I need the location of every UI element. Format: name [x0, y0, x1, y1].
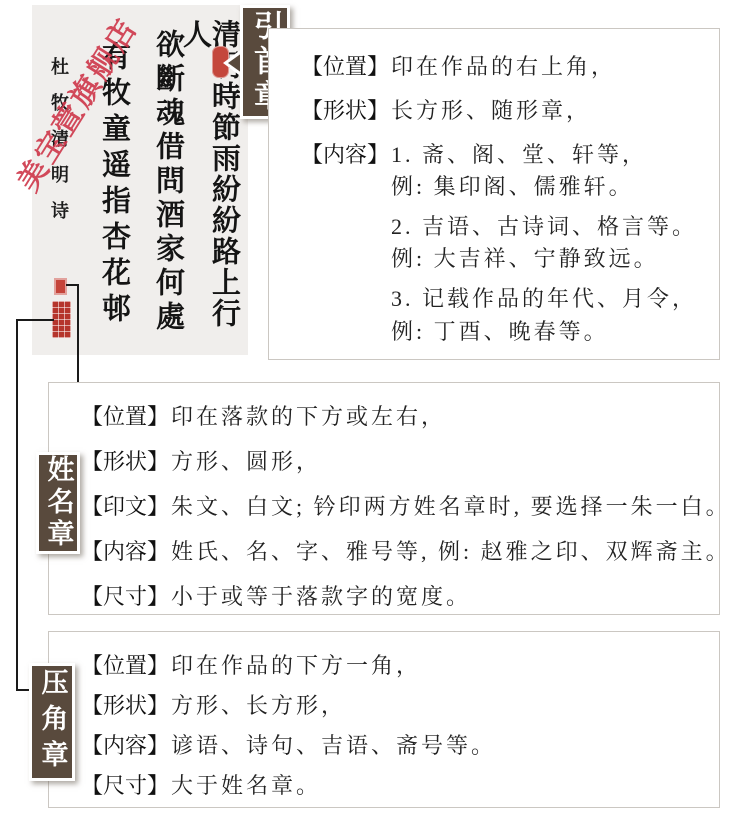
info-row: 3. 记载作品的年代、月令，: [301, 287, 719, 311]
row-tag: 【尺寸】: [81, 774, 171, 798]
calligraphy-artwork: 清明時節雨紛紛路上行人 欲斷魂借問酒家何處 有牧童遥指杏花邨 杜牧清明诗: [32, 5, 248, 355]
row-tag: 【位置】: [81, 405, 171, 429]
row-text: 小于或等于落款字的宽度。: [171, 584, 471, 609]
info-row: 【尺寸】大于姓名章。: [81, 774, 719, 798]
info-box-xingmingzhang: 【位置】印在落款的下方或左右， 【形状】方形、圆形， 【印文】朱文、白文; 钤印…: [48, 382, 720, 615]
info-row: 【内容】谚语、诗句、吉语、斋号等。: [81, 734, 719, 758]
info-row: 【内容】姓氏、名、字、雅号等, 例: 赵雅之印、双辉斋主。: [81, 540, 719, 564]
row-text: 长方形、随形章，: [391, 98, 591, 123]
row-text: 谚语、诗句、吉语、斋号等。: [171, 733, 496, 758]
info-row: 【尺寸】小于或等于落款字的宽度。: [81, 585, 719, 609]
row-text: 例: 大吉祥、宁静致远。: [391, 246, 659, 271]
row-text: 方形、长方形，: [171, 693, 346, 718]
row-text: 印在作品的下方一角，: [171, 653, 421, 678]
info-row: 例: 丁酉、晚春等。: [301, 320, 719, 344]
row-text: 方形、圆形，: [171, 449, 321, 474]
info-box-yinshouzhang: 【位置】印在作品的右上角， 【形状】长方形、随形章， 【内容】1. 斋、阁、堂、…: [268, 28, 720, 360]
info-row: 【形状】方形、长方形，: [81, 694, 719, 718]
info-row: 例: 大吉祥、宁静致远。: [301, 247, 719, 271]
seal-infographic: 清明時節雨紛紛路上行人 欲斷魂借問酒家何處 有牧童遥指杏花邨 杜牧清明诗 美宝萱…: [0, 0, 750, 818]
corner-seal: [52, 301, 71, 338]
row-text: 例: 丁酉、晚春等。: [391, 319, 609, 344]
info-box-yajiaozhang: 【位置】印在作品的下方一角， 【形状】方形、长方形， 【内容】谚语、诗句、吉语、…: [48, 631, 720, 808]
row-text: 印在落款的下方或左右，: [171, 404, 446, 429]
connector-corner-seal-v: [16, 319, 18, 691]
row-text: 2. 吉语、古诗词、格言等。: [391, 214, 697, 239]
row-tag: 【尺寸】: [81, 585, 171, 609]
row-text: 姓氏、名、字、雅号等, 例: 赵雅之印、双辉斋主。: [171, 539, 731, 564]
row-tag: 【形状】: [81, 450, 171, 474]
row-tag: 【印文】: [81, 495, 171, 519]
row-tag: 【形状】: [301, 99, 391, 123]
row-text: 朱文、白文; 钤印两方姓名章时, 要选择一朱一白。: [171, 494, 731, 519]
info-row: 【形状】方形、圆形，: [81, 450, 719, 474]
connector-name-seal-v: [77, 284, 79, 383]
row-text: 3. 记载作品的年代、月令，: [391, 286, 697, 311]
row-tag: 【内容】: [81, 540, 171, 564]
info-row: 【印文】朱文、白文; 钤印两方姓名章时, 要选择一朱一白。: [81, 495, 719, 519]
row-tag: 【内容】: [81, 734, 171, 758]
connector-corner-seal-h1: [16, 319, 54, 321]
row-tag: 【位置】: [301, 55, 391, 79]
row-tag: 【位置】: [81, 654, 171, 678]
info-row: 【位置】印在落款的下方或左右，: [81, 405, 719, 429]
label-xingmingzhang: 姓名章: [36, 452, 80, 554]
label-yajiaozhang: 压角章: [29, 663, 75, 781]
info-row: 【内容】1. 斋、阁、堂、轩等，: [301, 143, 719, 167]
info-row: 【位置】印在作品的右上角，: [301, 55, 719, 79]
info-row: 【位置】印在作品的下方一角，: [81, 654, 719, 678]
row-tag: 【内容】: [301, 143, 391, 167]
name-seal: [54, 278, 67, 295]
info-row: 【形状】长方形、随形章，: [301, 99, 719, 123]
row-text: 1. 斋、阁、堂、轩等，: [391, 142, 647, 167]
row-text: 印在作品的右上角，: [391, 54, 616, 79]
connector-corner-seal-h2: [16, 689, 30, 691]
info-row: 例: 集印阁、儒雅轩。: [301, 175, 719, 199]
calligraphy-column-2: 欲斷魂借問酒家何處: [153, 29, 182, 335]
row-text: 大于姓名章。: [171, 773, 321, 798]
info-row: 2. 吉语、古诗词、格言等。: [301, 215, 719, 239]
row-text: 例: 集印阁、儒雅轩。: [391, 174, 634, 199]
row-tag: 【形状】: [81, 694, 171, 718]
